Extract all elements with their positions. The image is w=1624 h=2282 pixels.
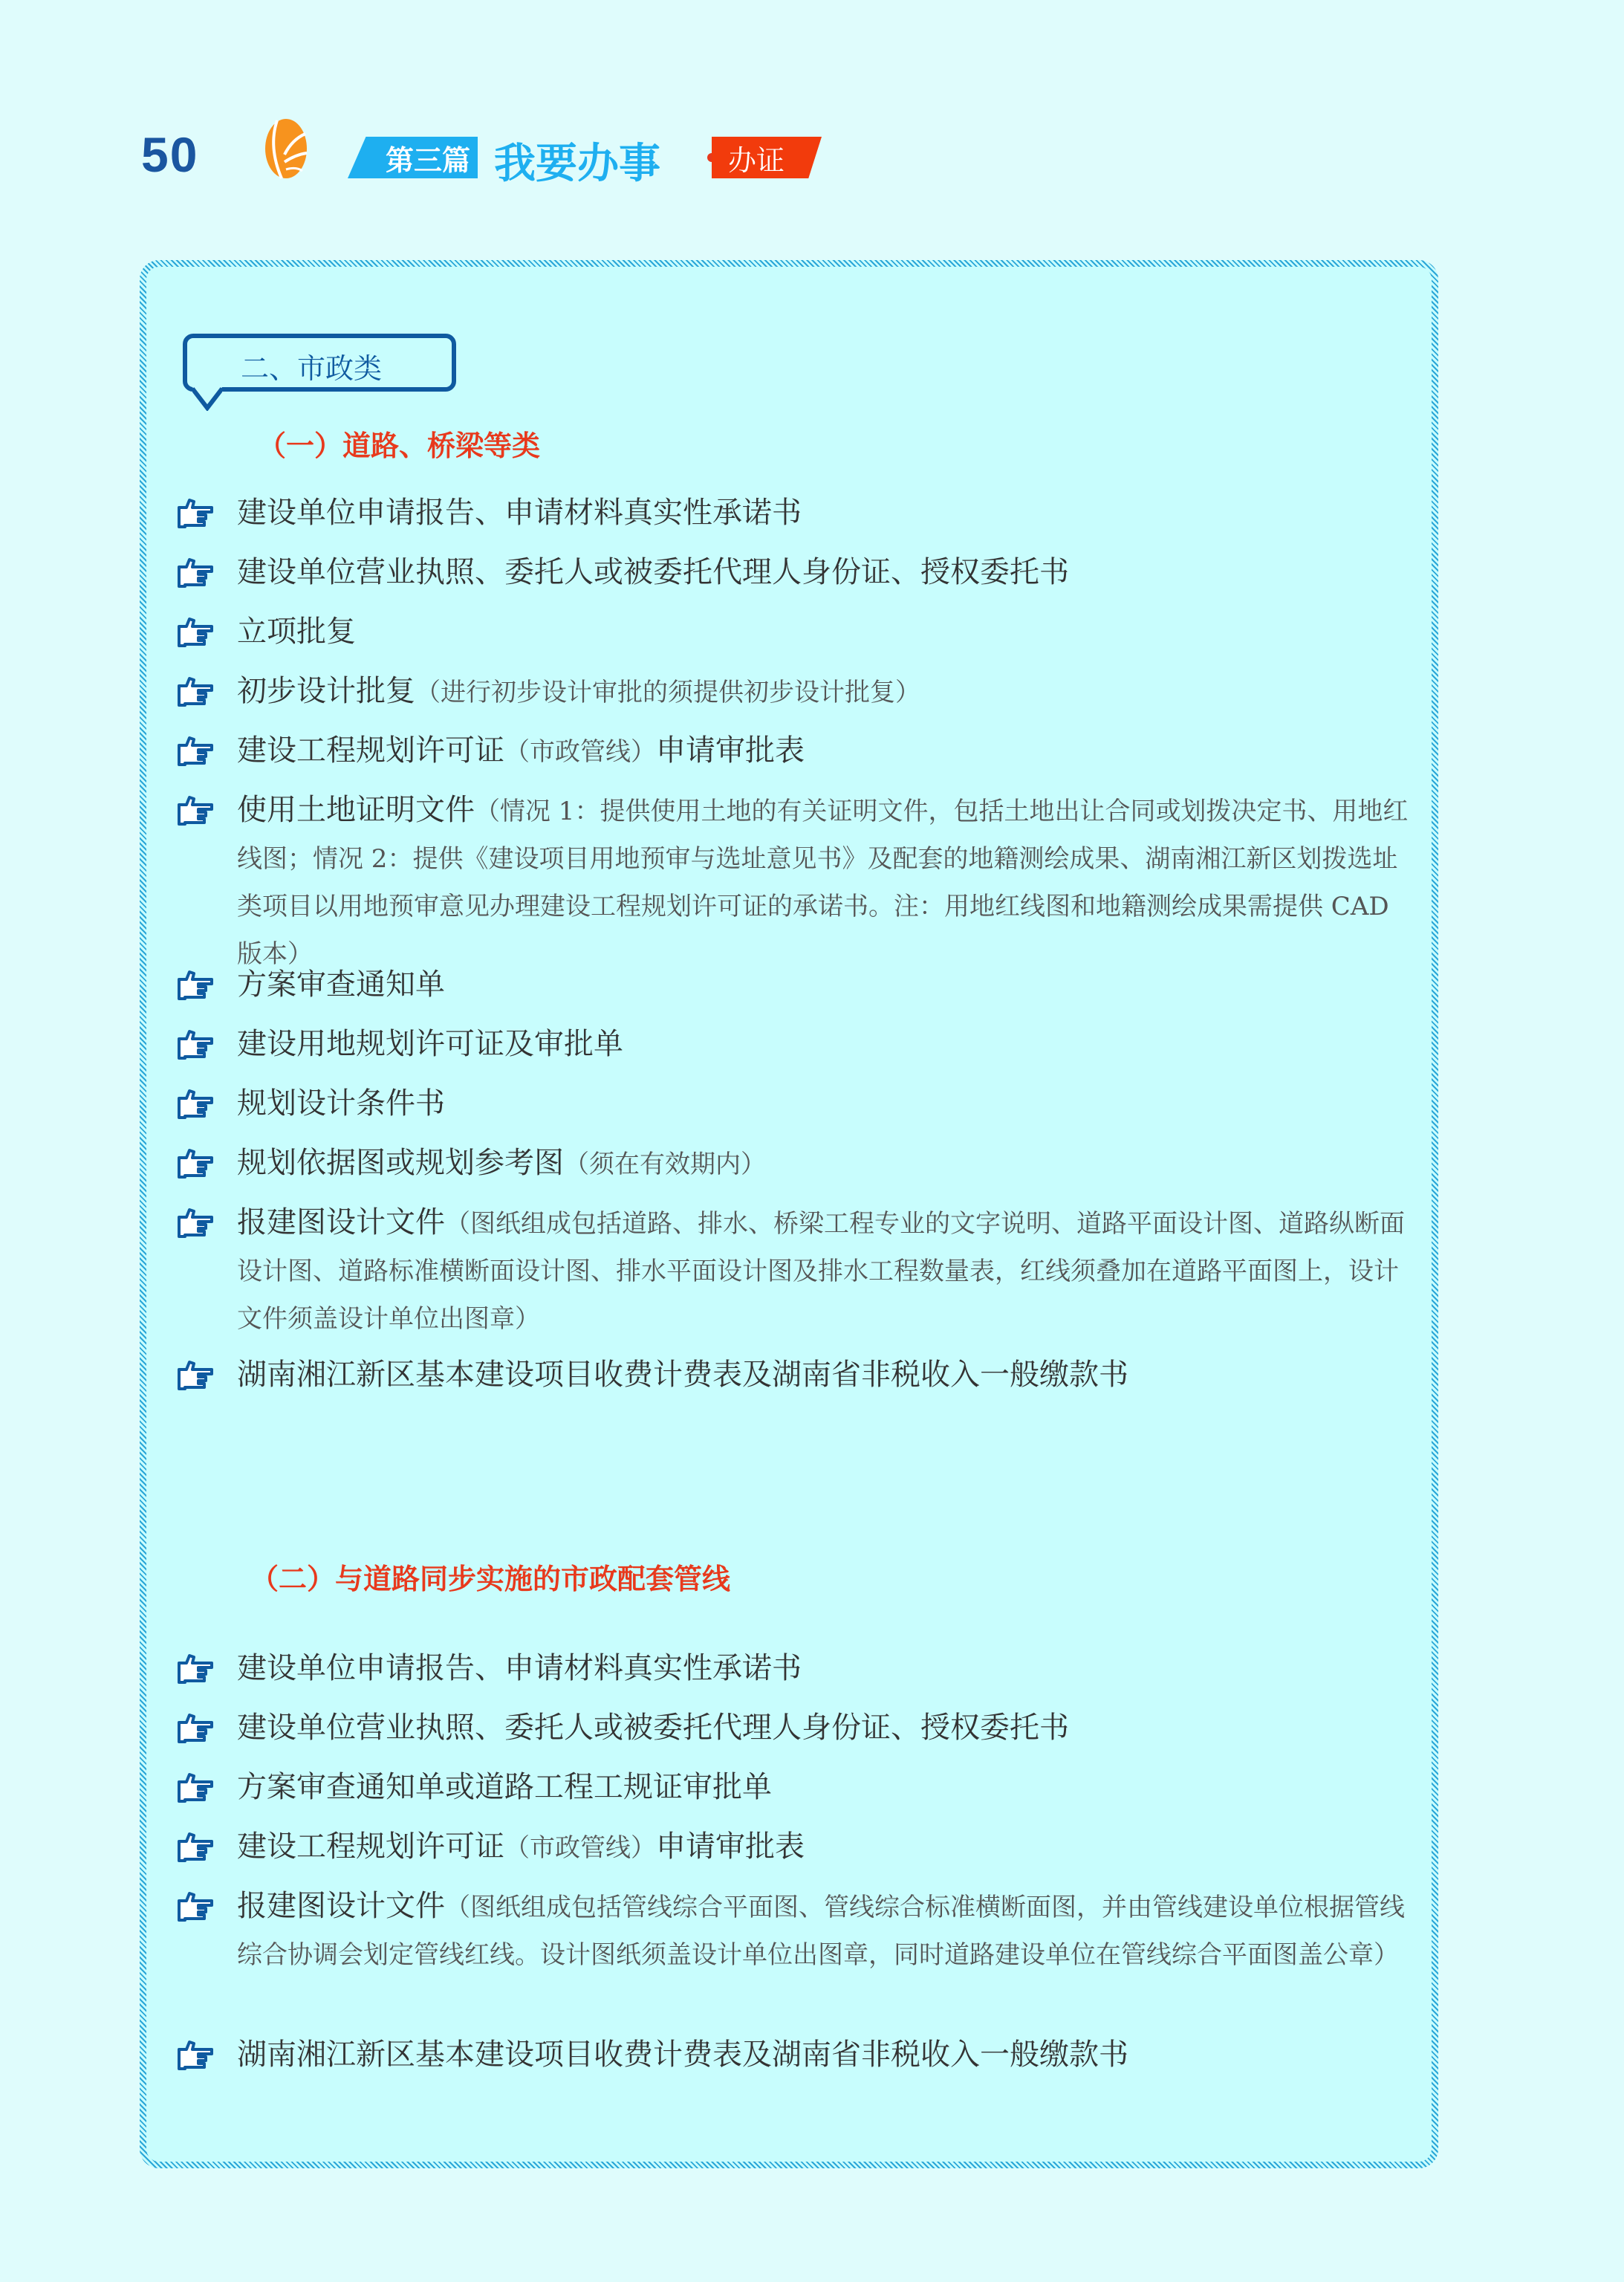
item-text: 建设工程规划许可证（市政管线）申请审批表 bbox=[237, 1824, 805, 1871]
sub-section-badge: 办证 bbox=[712, 137, 822, 178]
pointing-hand-icon bbox=[176, 1207, 216, 1239]
subsection-title: （一）道路、桥梁等类 bbox=[258, 423, 540, 464]
list-item: 建设工程规划许可证（市政管线）申请审批表 bbox=[176, 1824, 1409, 1871]
item-text: 湖南湘江新区基本建设项目收费计费表及湖南省非税收入一般缴款书 bbox=[237, 1352, 1128, 1399]
pointing-hand-icon bbox=[176, 497, 216, 530]
pointing-hand-icon bbox=[176, 794, 216, 827]
list-item: 方案审查通知单 bbox=[176, 962, 1409, 1009]
item-main: 报建图设计文件 bbox=[237, 1205, 445, 1239]
item-main: 建设工程规划许可证 bbox=[237, 1829, 504, 1864]
item-main: 报建图设计文件 bbox=[237, 1889, 445, 1923]
item-text: 立项批复 bbox=[237, 609, 356, 656]
pointing-hand-icon bbox=[176, 1712, 216, 1745]
item-text: 建设单位营业执照、委托人或被委托代理人身份证、授权委托书 bbox=[237, 1705, 1069, 1752]
list-item: 湖南湘江新区基本建设项目收费计费表及湖南省非税收入一般缴款书 bbox=[176, 1352, 1409, 1399]
item-note: （市政管线） bbox=[504, 737, 656, 767]
subsection-title: （二）与道路同步实施的市政配套管线 bbox=[250, 1556, 730, 1597]
item-tail: 申请审批表 bbox=[656, 1829, 805, 1864]
pointing-hand-icon bbox=[176, 1088, 216, 1121]
pointing-hand-icon bbox=[176, 1359, 216, 1392]
item-main: 湖南湘江新区基本建设项目收费计费表及湖南省非税收入一般缴款书 bbox=[237, 1358, 1128, 1392]
pointing-hand-icon bbox=[176, 1028, 216, 1061]
list-item: 规划依据图或规划参考图（须在有效期内） bbox=[176, 1140, 1409, 1187]
list-item: 湖南湘江新区基本建设项目收费计费表及湖南省非税收入一般缴款书 bbox=[176, 2032, 1409, 2079]
list-item: 方案审查通知单或道路工程工规证审批单 bbox=[176, 1764, 1409, 1812]
item-text: 规划依据图或规划参考图（须在有效期内） bbox=[237, 1140, 766, 1187]
item-main: 初步设计批复 bbox=[237, 674, 415, 708]
item-note: （须在有效期内） bbox=[564, 1150, 766, 1179]
pointing-hand-icon bbox=[176, 1831, 216, 1864]
item-main: 建设单位营业执照、委托人或被委托代理人身份证、授权委托书 bbox=[237, 1711, 1069, 1745]
item-text: 建设用地规划许可证及审批单 bbox=[237, 1021, 623, 1069]
pointing-hand-icon bbox=[176, 616, 216, 649]
list-item: 使用土地证明文件（情况 1：提供使用土地的有关证明文件，包括土地出让合同或划拨决… bbox=[176, 787, 1409, 977]
list-item: 建设单位申请报告、申请材料真实性承诺书 bbox=[176, 490, 1409, 537]
pointing-hand-icon bbox=[176, 675, 216, 708]
item-main: 规划设计条件书 bbox=[237, 1086, 445, 1121]
item-main: 立项批复 bbox=[237, 615, 356, 649]
list-item: 建设单位营业执照、委托人或被委托代理人身份证、授权委托书 bbox=[176, 549, 1409, 597]
item-main: 湖南湘江新区基本建设项目收费计费表及湖南省非税收入一般缴款书 bbox=[237, 2038, 1128, 2072]
pointing-hand-icon bbox=[176, 1653, 216, 1685]
item-text: 建设工程规划许可证（市政管线）申请审批表 bbox=[237, 727, 805, 775]
pointing-hand-icon bbox=[176, 969, 216, 1002]
list-item: 报建图设计文件（图纸组成包括管线综合平面图、管线综合标准横断面图，并由管线建设单… bbox=[176, 1883, 1409, 1978]
speech-tail-icon bbox=[192, 387, 222, 411]
item-text: 方案审查通知单或道路工程工规证审批单 bbox=[237, 1764, 772, 1812]
section-title: 我要办事 bbox=[494, 131, 660, 190]
pointing-hand-icon bbox=[176, 2039, 216, 2072]
category-title: 二、市政类 bbox=[241, 346, 382, 386]
item-note: （进行初步设计审批的须提供初步设计批复） bbox=[415, 678, 920, 707]
pointing-hand-icon bbox=[176, 735, 216, 768]
content-panel: 二、市政类 （一）道路、桥梁等类建设单位申请报告、申请材料真实性承诺书建设单位营… bbox=[140, 260, 1438, 2168]
page-number: 50 bbox=[141, 126, 198, 183]
item-main: 规划依据图或规划参考图 bbox=[237, 1146, 564, 1180]
item-main: 建设单位营业执照、委托人或被委托代理人身份证、授权委托书 bbox=[237, 555, 1069, 589]
item-text: 建设单位申请报告、申请材料真实性承诺书 bbox=[237, 1645, 802, 1693]
item-main: 使用土地证明文件 bbox=[237, 793, 475, 827]
pointing-hand-icon bbox=[176, 1890, 216, 1923]
pointing-hand-icon bbox=[176, 1147, 216, 1180]
item-text: 使用土地证明文件（情况 1：提供使用土地的有关证明文件，包括土地出让合同或划拨决… bbox=[237, 787, 1409, 977]
item-text: 方案审查通知单 bbox=[237, 962, 445, 1009]
logo-icon bbox=[255, 117, 317, 180]
item-main: 建设单位申请报告、申请材料真实性承诺书 bbox=[237, 496, 802, 530]
item-main: 建设单位申请报告、申请材料真实性承诺书 bbox=[237, 1651, 802, 1685]
item-main: 建设用地规划许可证及审批单 bbox=[237, 1027, 623, 1061]
pointing-hand-icon bbox=[176, 557, 216, 589]
item-text: 湖南湘江新区基本建设项目收费计费表及湖南省非税收入一般缴款书 bbox=[237, 2032, 1128, 2079]
item-main: 方案审查通知单 bbox=[237, 967, 445, 1002]
item-note: （市政管线） bbox=[504, 1833, 656, 1863]
list-item: 立项批复 bbox=[176, 609, 1409, 656]
item-text: 建设单位营业执照、委托人或被委托代理人身份证、授权委托书 bbox=[237, 549, 1069, 597]
list-item: 规划设计条件书 bbox=[176, 1080, 1409, 1128]
list-item: 建设用地规划许可证及审批单 bbox=[176, 1021, 1409, 1069]
list-item: 建设单位营业执照、委托人或被委托代理人身份证、授权委托书 bbox=[176, 1705, 1409, 1752]
item-text: 初步设计批复（进行初步设计审批的须提供初步设计批复） bbox=[237, 668, 920, 716]
list-item: 报建图设计文件（图纸组成包括道路、排水、桥梁工程专业的文字说明、道路平面设计图、… bbox=[176, 1199, 1409, 1342]
part-badge: 第三篇 bbox=[348, 137, 478, 178]
list-item: 初步设计批复（进行初步设计审批的须提供初步设计批复） bbox=[176, 668, 1409, 716]
pointing-hand-icon bbox=[176, 1772, 216, 1804]
item-text: 报建图设计文件（图纸组成包括道路、排水、桥梁工程专业的文字说明、道路平面设计图、… bbox=[237, 1199, 1409, 1342]
list-item: 建设单位申请报告、申请材料真实性承诺书 bbox=[176, 1645, 1409, 1693]
item-text: 规划设计条件书 bbox=[237, 1080, 445, 1128]
item-text: 报建图设计文件（图纸组成包括管线综合平面图、管线综合标准横断面图，并由管线建设单… bbox=[237, 1883, 1409, 1978]
item-main: 方案审查通知单或道路工程工规证审批单 bbox=[237, 1770, 772, 1804]
list-item: 建设工程规划许可证（市政管线）申请审批表 bbox=[176, 727, 1409, 775]
item-text: 建设单位申请报告、申请材料真实性承诺书 bbox=[237, 490, 802, 537]
page-header: 50 第三篇 我要办事 办证 bbox=[0, 0, 1624, 223]
category-bubble: 二、市政类 bbox=[183, 334, 456, 392]
item-main: 建设工程规划许可证 bbox=[237, 733, 504, 768]
item-tail: 申请审批表 bbox=[656, 733, 805, 768]
